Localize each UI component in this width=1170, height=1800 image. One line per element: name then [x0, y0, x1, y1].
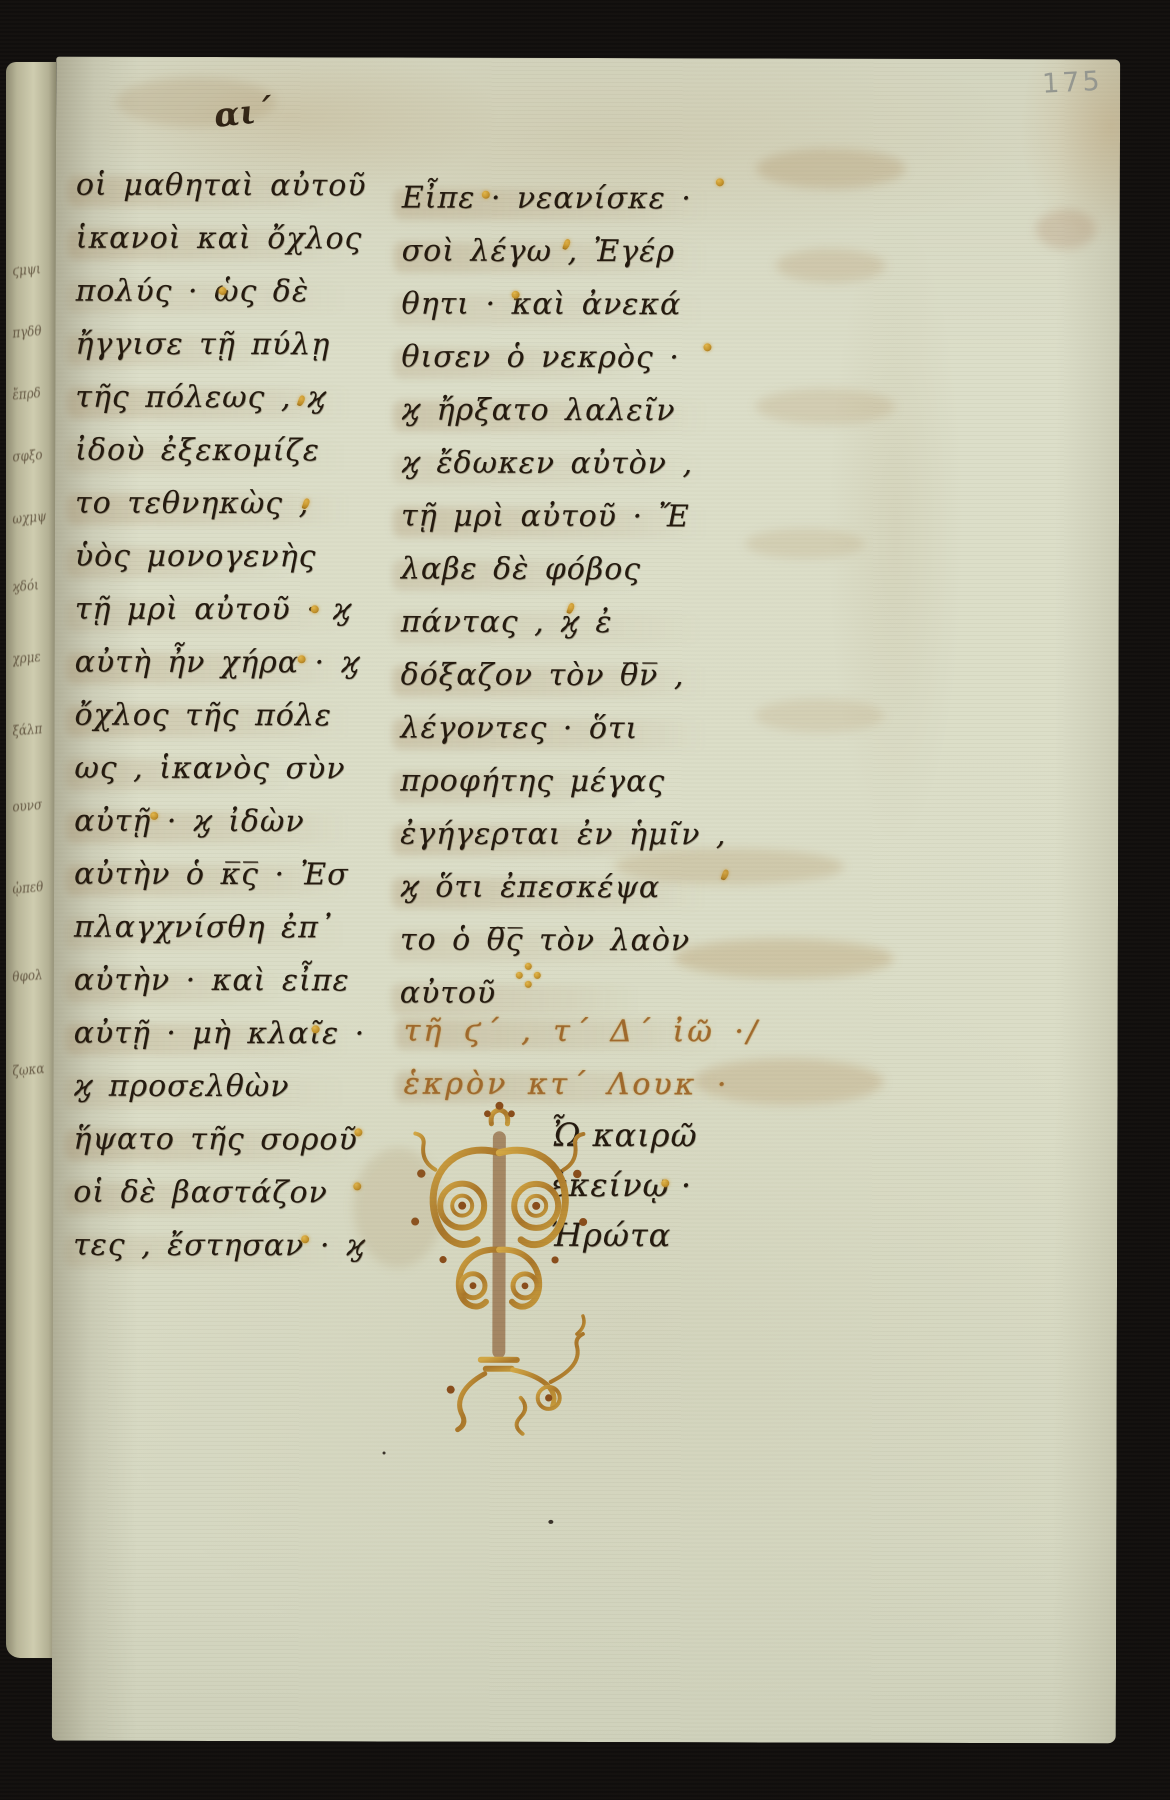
gilded-vine-initial-icon: [401, 1098, 598, 1437]
text-line: ἥψατο τῆς σοροῦ: [73, 1113, 385, 1167]
text-line: ὄχλος τῆς πόλε: [74, 689, 386, 743]
text-line: δόξαζον τὸν θ̅ν̅ ,: [401, 649, 749, 703]
text-line: ἐγήγερται ἐν ἡμῖν ,: [400, 808, 748, 862]
edge-text-fragment: ζῳκα: [12, 1060, 53, 1081]
gold-dot: [661, 1179, 669, 1187]
text-line: οἱ μαθηταὶ αὐτοῦ: [76, 159, 388, 213]
text-line: ως , ἱκανὸς σὺν: [74, 742, 386, 796]
gold-dot: [312, 1025, 320, 1033]
edge-text-fragment: ϗδόι: [12, 576, 53, 597]
gold-dot: [150, 812, 158, 820]
text-line: τῆς πόλεως , ϗ: [75, 371, 387, 425]
ink-speck: [383, 1451, 386, 1454]
text-line: αὐτὴν ὁ κ̅ς̅ · Ἐσ: [74, 848, 386, 902]
show-through-stain: [754, 698, 884, 732]
gold-dot: [353, 1182, 361, 1190]
gold-dot: [301, 1235, 309, 1243]
lection-rubric: τῆ ϛ´ , τ´ Δ´ ἰῶ ·/ ἑκρὸν κτ´ Λουκ ·: [403, 1002, 760, 1109]
gold-quatrefoil: [516, 963, 542, 989]
text-line: τῇ μρὶ αὐτοῦ · Ἔ: [401, 490, 749, 544]
ink-speck: [548, 1520, 553, 1524]
edge-text-fragment: θφολ: [12, 966, 53, 987]
text-line: πάντας , ϗ ἐ: [401, 596, 749, 650]
gold-dot: [716, 178, 724, 186]
text-line: λέγοντες · ὅτι: [400, 702, 748, 756]
text-line: σοὶ λέγω , Ἐγέρ: [402, 225, 750, 279]
text-line: το ὁ θ̅ς̅ τὸν λαὸν: [400, 914, 748, 968]
text-line: ϗ ἤρξατο λαλεῖν: [401, 384, 749, 438]
gold-dot: [482, 191, 490, 199]
edge-text-fragment: ϛμψι: [12, 260, 53, 281]
text-line: λαβε δὲ φόβος: [401, 543, 749, 597]
text-line: τῇ μρὶ αὐτοῦ · ϗ: [75, 583, 387, 637]
edge-text-fragment: ἔπρδ: [12, 384, 53, 405]
text-line: τες , ἔστησαν · ϗ: [73, 1219, 385, 1273]
gold-dot: [311, 605, 319, 613]
text-column-left: οἱ μαθηταὶ αὐτοῦ ἱκανοὶ καὶ ὄχλος πολύς …: [73, 159, 388, 1273]
show-through-stain: [755, 388, 895, 424]
manuscript-photo: ϛμψι πγδθ ἔπρδ σφξο ωχμψ ϗδόι χρμε ξάλπ …: [0, 0, 1170, 1800]
gold-dot: [298, 655, 306, 663]
facing-page-edge: ϛμψι πγδθ ἔπρδ σφξο ωχμψ ϗδόι χρμε ξάλπ …: [6, 62, 56, 1658]
edge-text-fragment: ουνσ: [12, 796, 53, 817]
gold-dot: [512, 291, 520, 299]
show-through-stain: [745, 528, 865, 558]
text-column-right: Εἶπε · νεανίσκε · σοὶ λέγω , Ἐγέρ θητι ·…: [400, 172, 750, 1021]
text-line: ὑὸς μονογενὴς: [75, 530, 387, 584]
text-line: αὐτὴ ἦν χήρα · ϗ: [75, 636, 387, 690]
text-line: ϗ ὅτι ἐπεσκέψα: [400, 861, 748, 915]
gold-dot: [354, 1128, 362, 1136]
text-line: οἱ δὲ βαστάζον: [73, 1166, 385, 1220]
edge-text-fragment: πγδθ: [12, 322, 53, 343]
quire-mark: αι´: [212, 90, 274, 135]
text-line: θητι · καὶ ἀνεκά: [401, 278, 749, 332]
text-line: ἱκανοὶ καὶ ὄχλος: [76, 212, 388, 266]
text-line: πολύς · ὡς δὲ: [76, 265, 388, 319]
text-line: αὐτῇ · ϗ ἰδὼν: [74, 795, 386, 849]
show-through-stain: [776, 248, 886, 282]
edge-text-fragment: ξάλπ: [12, 720, 53, 741]
manuscript-page: 175 αι´ οἱ μαθηταὶ αὐτοῦ ἱκανοὶ καὶ ὄχλο…: [52, 57, 1120, 1744]
text-line: ἰδοὺ ἐξεκομίζε: [75, 424, 387, 478]
gold-dot: [219, 287, 227, 295]
show-through-stain: [756, 148, 906, 188]
text-line: ϗ προσελθὼν: [73, 1060, 385, 1114]
text-line: Εἶπε · νεανίσκε ·: [402, 172, 750, 226]
rubric-line: τῆ ϛ´ , τ´ Δ´ ἰῶ ·/: [404, 1002, 760, 1056]
edge-text-fragment: χρμε: [12, 648, 53, 669]
text-line: ἤγγισε τῇ πύλῃ: [75, 318, 387, 372]
text-line: πλαγχνίσθη ἐπ᾽: [74, 901, 386, 955]
text-line: προφήτης μέγας: [400, 755, 748, 809]
stain: [1036, 209, 1096, 249]
text-line: το τεθνηκὼς ,: [75, 477, 387, 531]
edge-text-fragment: ωχμψ: [12, 508, 53, 529]
text-line: αὐτὴν · καὶ εἶπε: [74, 954, 386, 1008]
edge-text-fragment: ᾧπεθ: [12, 878, 53, 899]
text-line: αὐτῇ · μὴ κλαῖε ·: [74, 1007, 386, 1061]
text-line: θισεν ὁ νεκρὸς ·: [401, 331, 749, 385]
edge-text-fragment: σφξο: [12, 446, 53, 467]
text-line: ϗ ἔδωκεν αὐτὸν ,: [401, 437, 749, 491]
folio-number: 175: [1041, 66, 1103, 100]
gold-dot: [703, 343, 711, 351]
